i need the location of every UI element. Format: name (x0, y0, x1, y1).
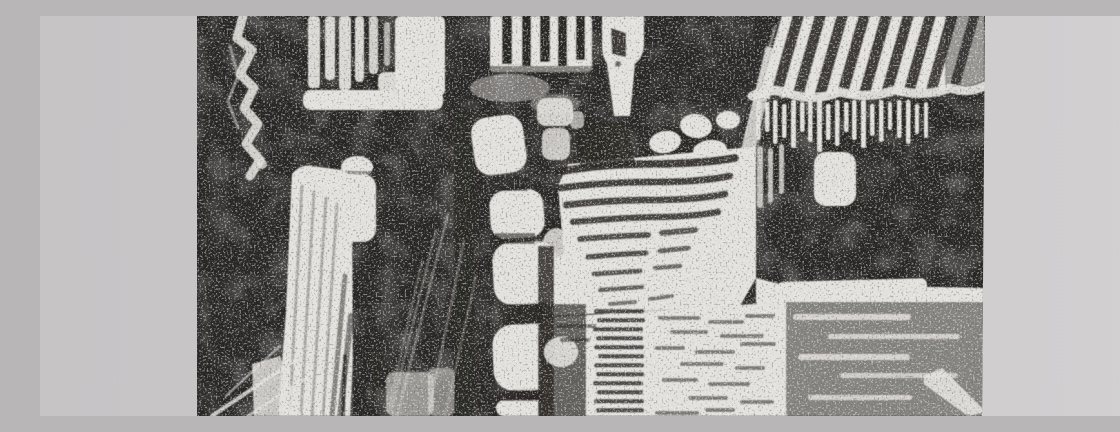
print-artwork (40, 16, 1120, 416)
photo-of-print (40, 16, 1120, 416)
print-block (197, 16, 987, 416)
grain-dark-overlay (197, 16, 987, 416)
